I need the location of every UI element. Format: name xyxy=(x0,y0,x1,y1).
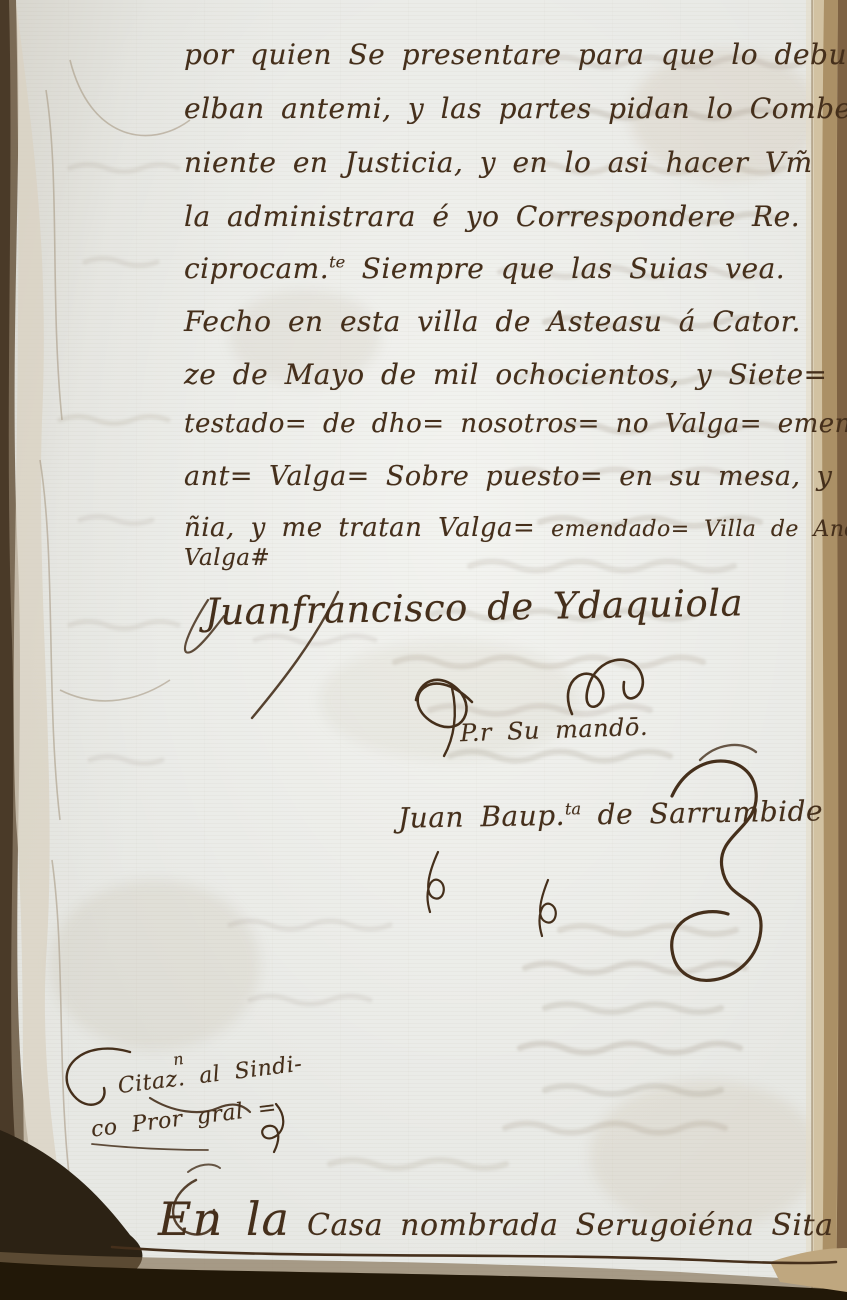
signature-sarrumbide-start: Juan Baup. xyxy=(398,799,566,835)
text-line-10-tail: emendado= Villa de Andoain xyxy=(551,517,847,542)
text-line-5-start: ciprocam. xyxy=(184,252,329,285)
text-line-7: ze de Mayo de mil ochocientos, y Siete= xyxy=(184,358,827,391)
text-line-9: ant= Valga= Sobre puesto= en su mesa, y … xyxy=(184,461,847,492)
manuscript-page: por quien Se presentare para que lo debu… xyxy=(0,0,847,1300)
superscript-te: te xyxy=(329,253,345,272)
text-line-5: ciprocam.te Siempre que las Suias vea. xyxy=(184,252,785,285)
paper-stain xyxy=(50,880,260,1050)
text-line-5-rest: Siempre que las Suias vea. xyxy=(345,252,785,285)
text-line-3: niente en Justicia, y en lo asi hacer Vm… xyxy=(184,146,813,179)
text-line-4: la administrara é yo Correspondere Re. xyxy=(184,200,800,233)
text-line-2: elban antemi, y las partes pidan lo Comb… xyxy=(184,92,847,125)
signature-sarrumbide-rest: de Sarrumbide xyxy=(581,794,823,831)
text-line-6: Fecho en esta villa de Asteasu á Cator. xyxy=(184,305,801,338)
text-line-10-start: ñia, y me tratan Valga= xyxy=(184,513,551,543)
footer-line: En la Casa nombrada Serugoiéna Sita en e… xyxy=(158,1192,847,1246)
footer-line-rest: Casa nombrada Serugoiéna Sita en esta vi… xyxy=(290,1208,847,1243)
text-line-10: ñia, y me tratan Valga= emendado= Villa … xyxy=(184,513,847,543)
superscript-ta: ta xyxy=(565,799,582,818)
text-line-11-valga: Valga# xyxy=(184,545,270,571)
text-line-1: por quien Se presentare para que lo debu… xyxy=(184,38,847,71)
footer-line-initial: En la xyxy=(158,1192,290,1246)
text-line-8: testado= de dho= nosotros= no Valga= eme… xyxy=(184,409,847,439)
